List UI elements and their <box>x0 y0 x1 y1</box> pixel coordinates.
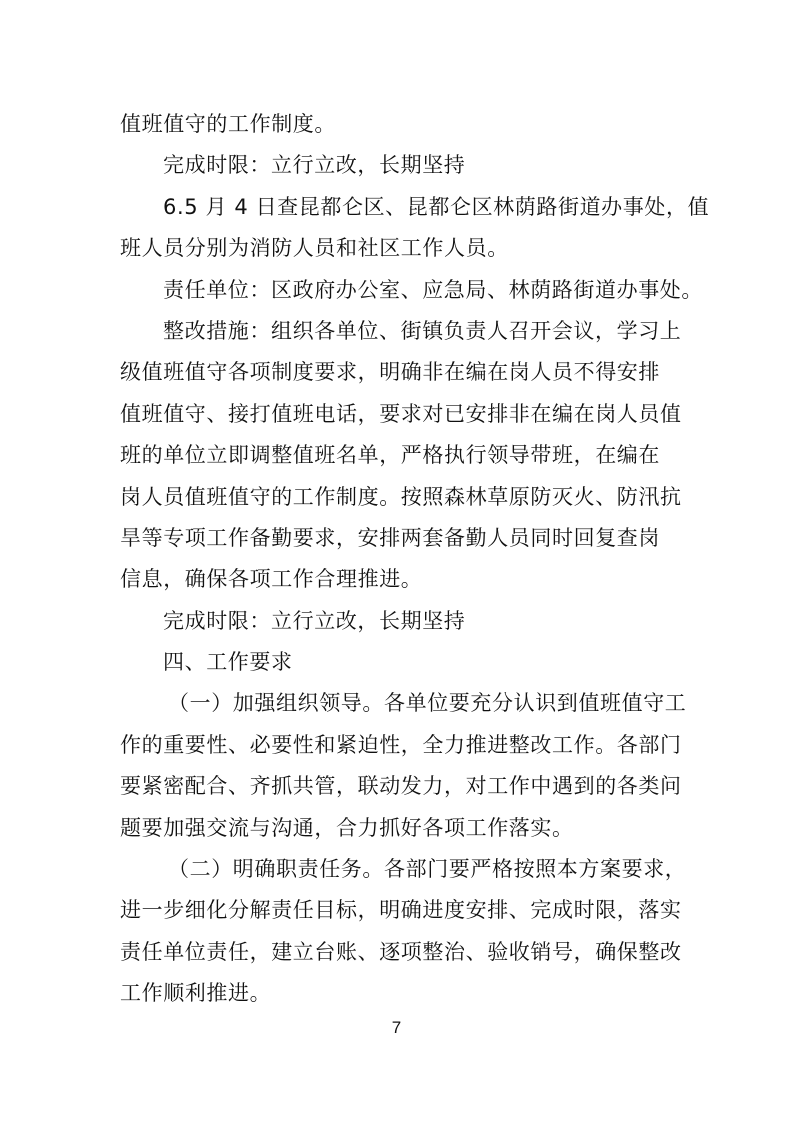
text-line: 岗人员值班值守的工作制度。按照森林草原防灭火、防汛抗 <box>120 477 675 518</box>
text-line: 旱等专项工作备勤要求，安排两套备勤人员同时回复查岗 <box>120 518 675 559</box>
text-line: 责任单位责任，建立台账、逐项整治、验收销号，确保整改 <box>120 932 675 973</box>
deadline-line: 完成时限：立行立改，长期坚持 <box>120 601 675 642</box>
text-line: 班人员分别为消防人员和社区工作人员。 <box>120 228 675 269</box>
responsible-unit-line: 责任单位：区政府办公室、应急局、林荫路街道办事处。 <box>120 270 675 311</box>
text-line: 班的单位立即调整值班名单，严格执行领导带班，在编在 <box>120 435 675 476</box>
text-line: 级值班值守各项制度要求，明确非在编在岗人员不得安排 <box>120 352 675 393</box>
issue-item-6-line: 6.5 月 4 日查昆都仑区、昆都仑区林荫路街道办事处，值 <box>120 187 675 228</box>
text-line: 信息，确保各项工作合理推进。 <box>120 559 675 600</box>
text-line: 值班值守的工作制度。 <box>120 104 675 145</box>
page-number: 7 <box>0 1018 793 1038</box>
text-line: 作的重要性、必要性和紧迫性，全力推进整改工作。各部门 <box>120 725 675 766</box>
document-page: 值班值守的工作制度。 完成时限：立行立改，长期坚持 6.5 月 4 日查昆都仑区… <box>0 0 793 1122</box>
text-line: 要紧密配合、齐抓共管，联动发力，对工作中遇到的各类问 <box>120 766 675 807</box>
subsection-1-line: （一）加强组织领导。各单位要充分认识到值班值守工 <box>120 683 675 724</box>
section-heading: 四、工作要求 <box>120 642 675 683</box>
text-line: 进一步细化分解责任目标，明确进度安排、完成时限，落实 <box>120 890 675 931</box>
subsection-2-line: （二）明确职责任务。各部门要严格按照本方案要求， <box>120 849 675 890</box>
text-line: 题要加强交流与沟通，合力抓好各项工作落实。 <box>120 808 675 849</box>
rectification-measures-line: 整改措施：组织各单位、街镇负责人召开会议，学习上 <box>120 311 675 352</box>
text-line: 工作顺利推进。 <box>120 973 675 1014</box>
body-text: 值班值守的工作制度。 完成时限：立行立改，长期坚持 6.5 月 4 日查昆都仑区… <box>120 104 675 1015</box>
text-line: 值班值守、接打值班电话，要求对已安排非在编在岗人员值 <box>120 394 675 435</box>
deadline-line: 完成时限：立行立改，长期坚持 <box>120 145 675 186</box>
